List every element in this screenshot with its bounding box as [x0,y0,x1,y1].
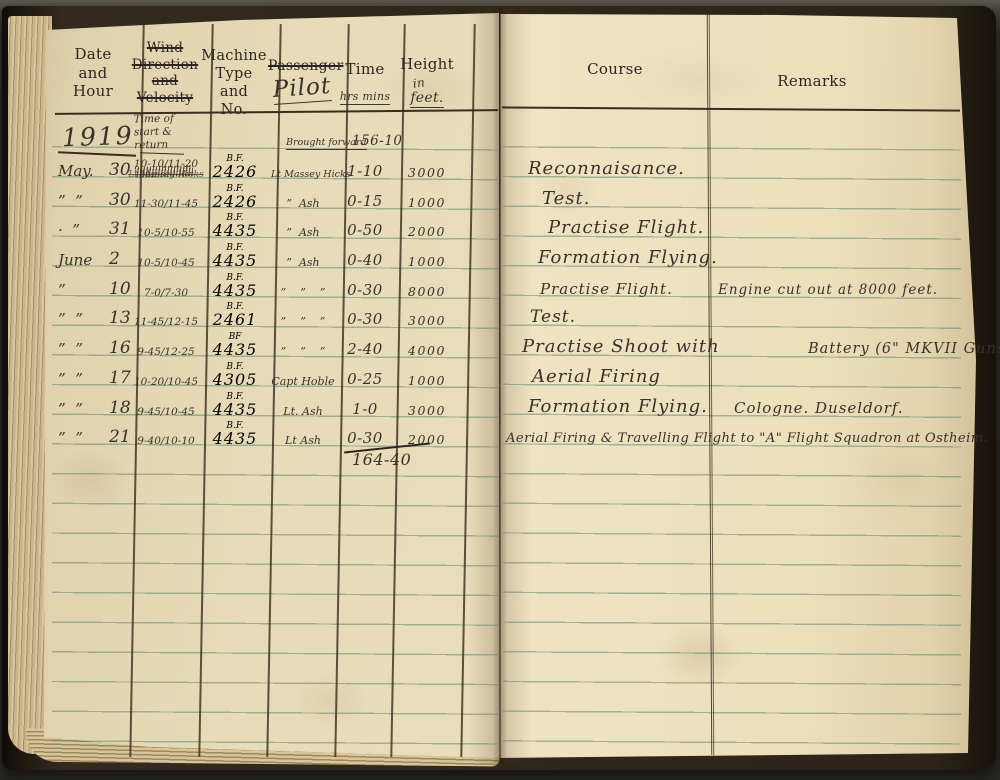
log-row: June 2 10-5/10-45 B.F.4435 ” Ash 0-40 10… [55,241,497,269]
time-cell: 2-40 [339,340,391,358]
header-course: Course [510,60,720,79]
course-row: Practise Shoot with Battery (6" MKVII Gu… [502,330,964,358]
log-row: ” ” 18 9-45/10-45 B.F.4435 Lt. Ash 1-0 3… [55,390,497,418]
ink-scribble [135,165,193,178]
time-cell: 0-50 [339,221,391,239]
machine-cell: B.F.4435 [203,274,267,299]
header-wind-direction-struck: Wind Direction and Velocity [131,40,199,107]
date-month-cell: ” ” [58,400,106,418]
log-row: ” ” 13 11-45/12-15 B.F.2461 ” ” ” 0-30 3… [55,300,497,328]
pilot-cell: Lt Massey Hicks [271,169,335,180]
pilot-cell: Lt. Ash [271,405,335,418]
time-cell: 1-0 [339,400,391,418]
pilot-cell: Capt Hoble [271,375,335,388]
course-row: Practise Flight. [502,211,964,239]
machine-cell: B.F.4435 [203,244,267,269]
time-cell: 0-25 [339,370,391,388]
log-row: ” ” 30 11-30/11-45 B.F.2426 ” Ash 0-15 1… [55,182,497,210]
book-gutter-crease [499,12,501,760]
machine-cell: B.F.4435 [203,393,267,418]
header-height: Height [394,55,460,74]
remarks-entry: Battery (6" MKVII Guns) [808,341,1000,357]
course-entry: Formation Flying. [538,247,718,268]
pilot-cell: ” ” ” [271,345,335,358]
course-entry: Aerial Firing [532,366,661,387]
height-cell: 1000 [395,373,459,388]
course-entry: Practise Flight. [540,280,673,298]
pilot-cell: ” Ash [271,226,335,239]
total-hours-entry: 164-40 [352,450,411,469]
header-date-and-hour: Date and Hour [55,45,131,101]
course-entry: Practise Flight. [548,217,704,238]
course-row: Test. [502,300,964,328]
start-return-time-cell: 7-0/7-30 [133,287,199,299]
machine-cell: BF4435 [203,333,267,358]
date-month-cell: June [58,251,106,269]
height-cell: 1000 [395,195,459,210]
log-row: · ” 31 10-5/10-55 B.F.4435 ” Ash 0-50 20… [55,211,497,239]
pilot-cell: ” Ash [271,256,335,269]
log-row: ” 10 7-0/7-30 B.F.4435 ” ” ” 0-30 8000 [55,271,497,299]
height-cell: 2000 [395,224,459,239]
logbook-photo: Date and Hour Wind Direction and Velocit… [0,0,1000,780]
course-entry: Reconnaisance. [528,158,685,179]
height-cell: 3000 [395,313,459,328]
time-cell: 0-30 [339,310,391,328]
height-cell: 3000 [395,403,459,418]
header-time: Time [338,60,392,79]
pilot-cell: Lt Ash [271,434,335,447]
brought-forward-value: 156-10 [352,133,403,149]
course-row: Practise Flight. Engine cut out at 8000 … [502,271,964,299]
date-month-cell: ” ” [58,192,106,210]
year-entry: 1919 [62,121,135,152]
date-month-cell: · ” [58,221,106,239]
machine-cell: B.F.4435 [203,214,267,239]
course-entry: Aerial Firing & Travelling Flight to "A"… [506,431,988,446]
course-row: Reconnaisance. [502,152,964,180]
log-row: ” ” 16 9-45/12-25 BF4435 ” ” ” 2-40 4000 [55,330,497,358]
time-cell: 0-15 [339,192,391,210]
course-entry: Test. [530,307,576,327]
machine-cell: B.F.4435 [203,422,267,447]
time-cell: 0-30 [339,281,391,299]
course-entry: Formation Flying. [528,396,708,417]
header-pilot-handwritten: Pilot [269,72,335,105]
remarks-entry: Cologne. Duseldorf. [734,399,904,417]
start-return-time-cell: 9-45/10-45 [133,406,199,418]
height-cell: 8000 [395,284,459,299]
pilot-cell: ” ” ” [271,315,335,328]
course-row: Formation Flying. Cologne. Duseldorf. [502,390,964,418]
header-feet-handwritten: feet. [398,90,456,107]
height-cell: 4000 [395,343,459,358]
start-return-time-cell: 11-30/11-45 [133,198,199,210]
time-cell: 0-40 [339,251,391,269]
header-hrs-mins-handwritten: hrs mins [338,90,392,104]
time-cell: 1-10 [339,162,391,180]
date-month-cell: ” ” [58,340,106,358]
machine-cell: B.F.4305 [203,363,267,388]
machine-cell: B.F.2461 [203,303,267,328]
log-row: May. 30 10-10/11-20Lt Massey Hicks B.F.2… [55,152,497,180]
start-return-time-cell: 9-40/10-10 [133,435,199,447]
machine-cell: B.F.2426 [203,185,267,210]
height-cell: 1000 [395,254,459,269]
date-month-cell: ” ” [58,310,106,328]
machine-cell: B.F.2426 [203,155,267,180]
remarks-entry: Engine cut out at 8000 feet. [718,282,938,298]
course-row: Formation Flying. [502,241,964,269]
course-row: Test. [502,182,964,210]
start-return-time-cell: 10-5/10-55 [133,227,199,239]
start-return-time-cell: 11-45/12-15 [133,316,199,328]
height-cell: 3000 [395,165,459,180]
header-remarks: Remarks [714,72,910,91]
course-entry: Test. [542,188,590,209]
date-month-cell: ” ” [58,370,106,388]
start-return-time-cell: 10-5/10-45 [133,257,199,269]
course-row: Aerial Firing [502,360,964,388]
time-of-start-return-note: Time of start & return [134,113,175,153]
start-return-time-cell: 10-20/10-45 [133,376,199,388]
course-entry: Practise Shoot with [522,336,720,357]
header-machine-type: Machine Type and No. [201,48,267,120]
date-month-cell: ” [58,281,106,299]
date-month-cell: ” ” [58,429,106,447]
log-row: ” ” 17 10-20/10-45 B.F.4305 Capt Hoble 0… [55,360,497,388]
course-row: Aerial Firing & Travelling Flight to "A"… [502,419,964,447]
log-row: ” ” 21 9-40/10-10 B.F.4435 Lt Ash 0-30 2… [55,419,497,447]
pilot-cell: ” ” ” [271,286,335,299]
pilot-cell: ” Ash [271,197,335,210]
date-month-cell: May. [58,162,106,180]
time-cell: 0-30 [339,429,391,447]
start-return-time-cell: 9-45/12-25 [133,346,199,358]
